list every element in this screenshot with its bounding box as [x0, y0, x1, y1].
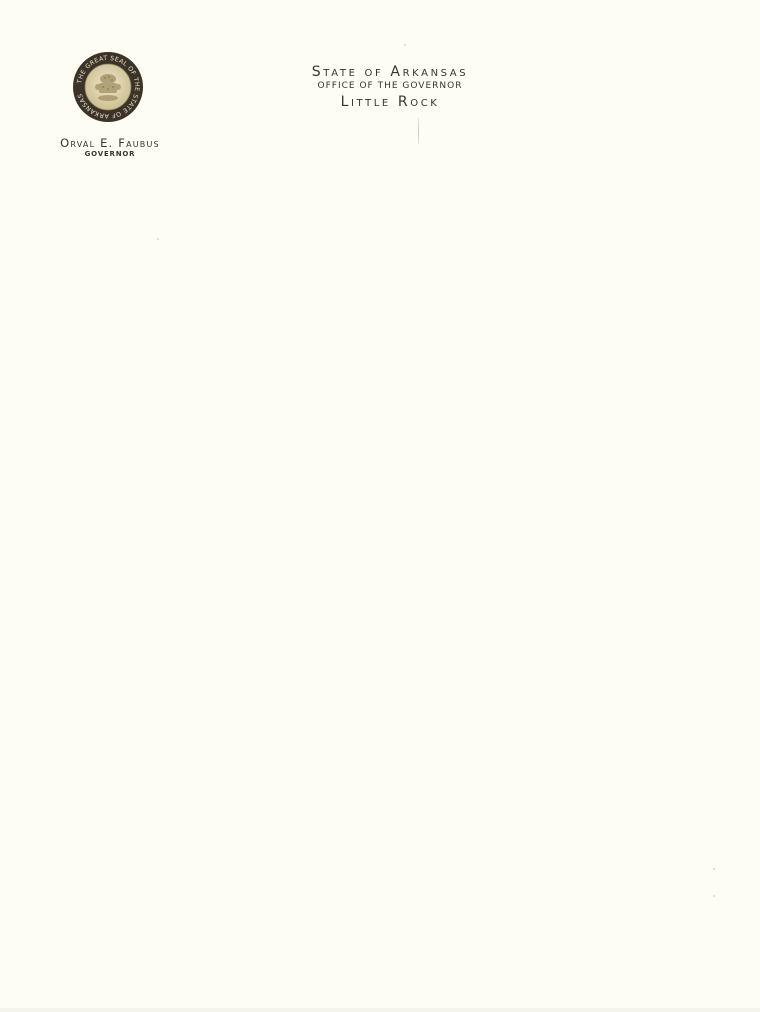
state-heading: State of Arkansas — [260, 64, 520, 80]
paper-speck — [713, 868, 715, 870]
paper-fold-mark — [418, 118, 419, 144]
office-heading: OFFICE OF THE GOVERNOR — [260, 81, 520, 91]
city-heading: Little Rock — [260, 94, 520, 110]
paper-speck — [157, 238, 159, 240]
governor-title: GOVERNOR — [40, 150, 180, 158]
paper-speck — [713, 895, 715, 897]
paper-speck — [404, 44, 406, 46]
state-seal-icon: THE GREAT SEAL OF THE STATE OF ARKANSAS — [72, 51, 144, 123]
governor-name: Orval E. Faubus — [40, 136, 180, 150]
letterhead-page: THE GREAT SEAL OF THE STATE OF ARKANSAS … — [0, 0, 760, 1009]
page-bottom-edge — [0, 1008, 760, 1012]
